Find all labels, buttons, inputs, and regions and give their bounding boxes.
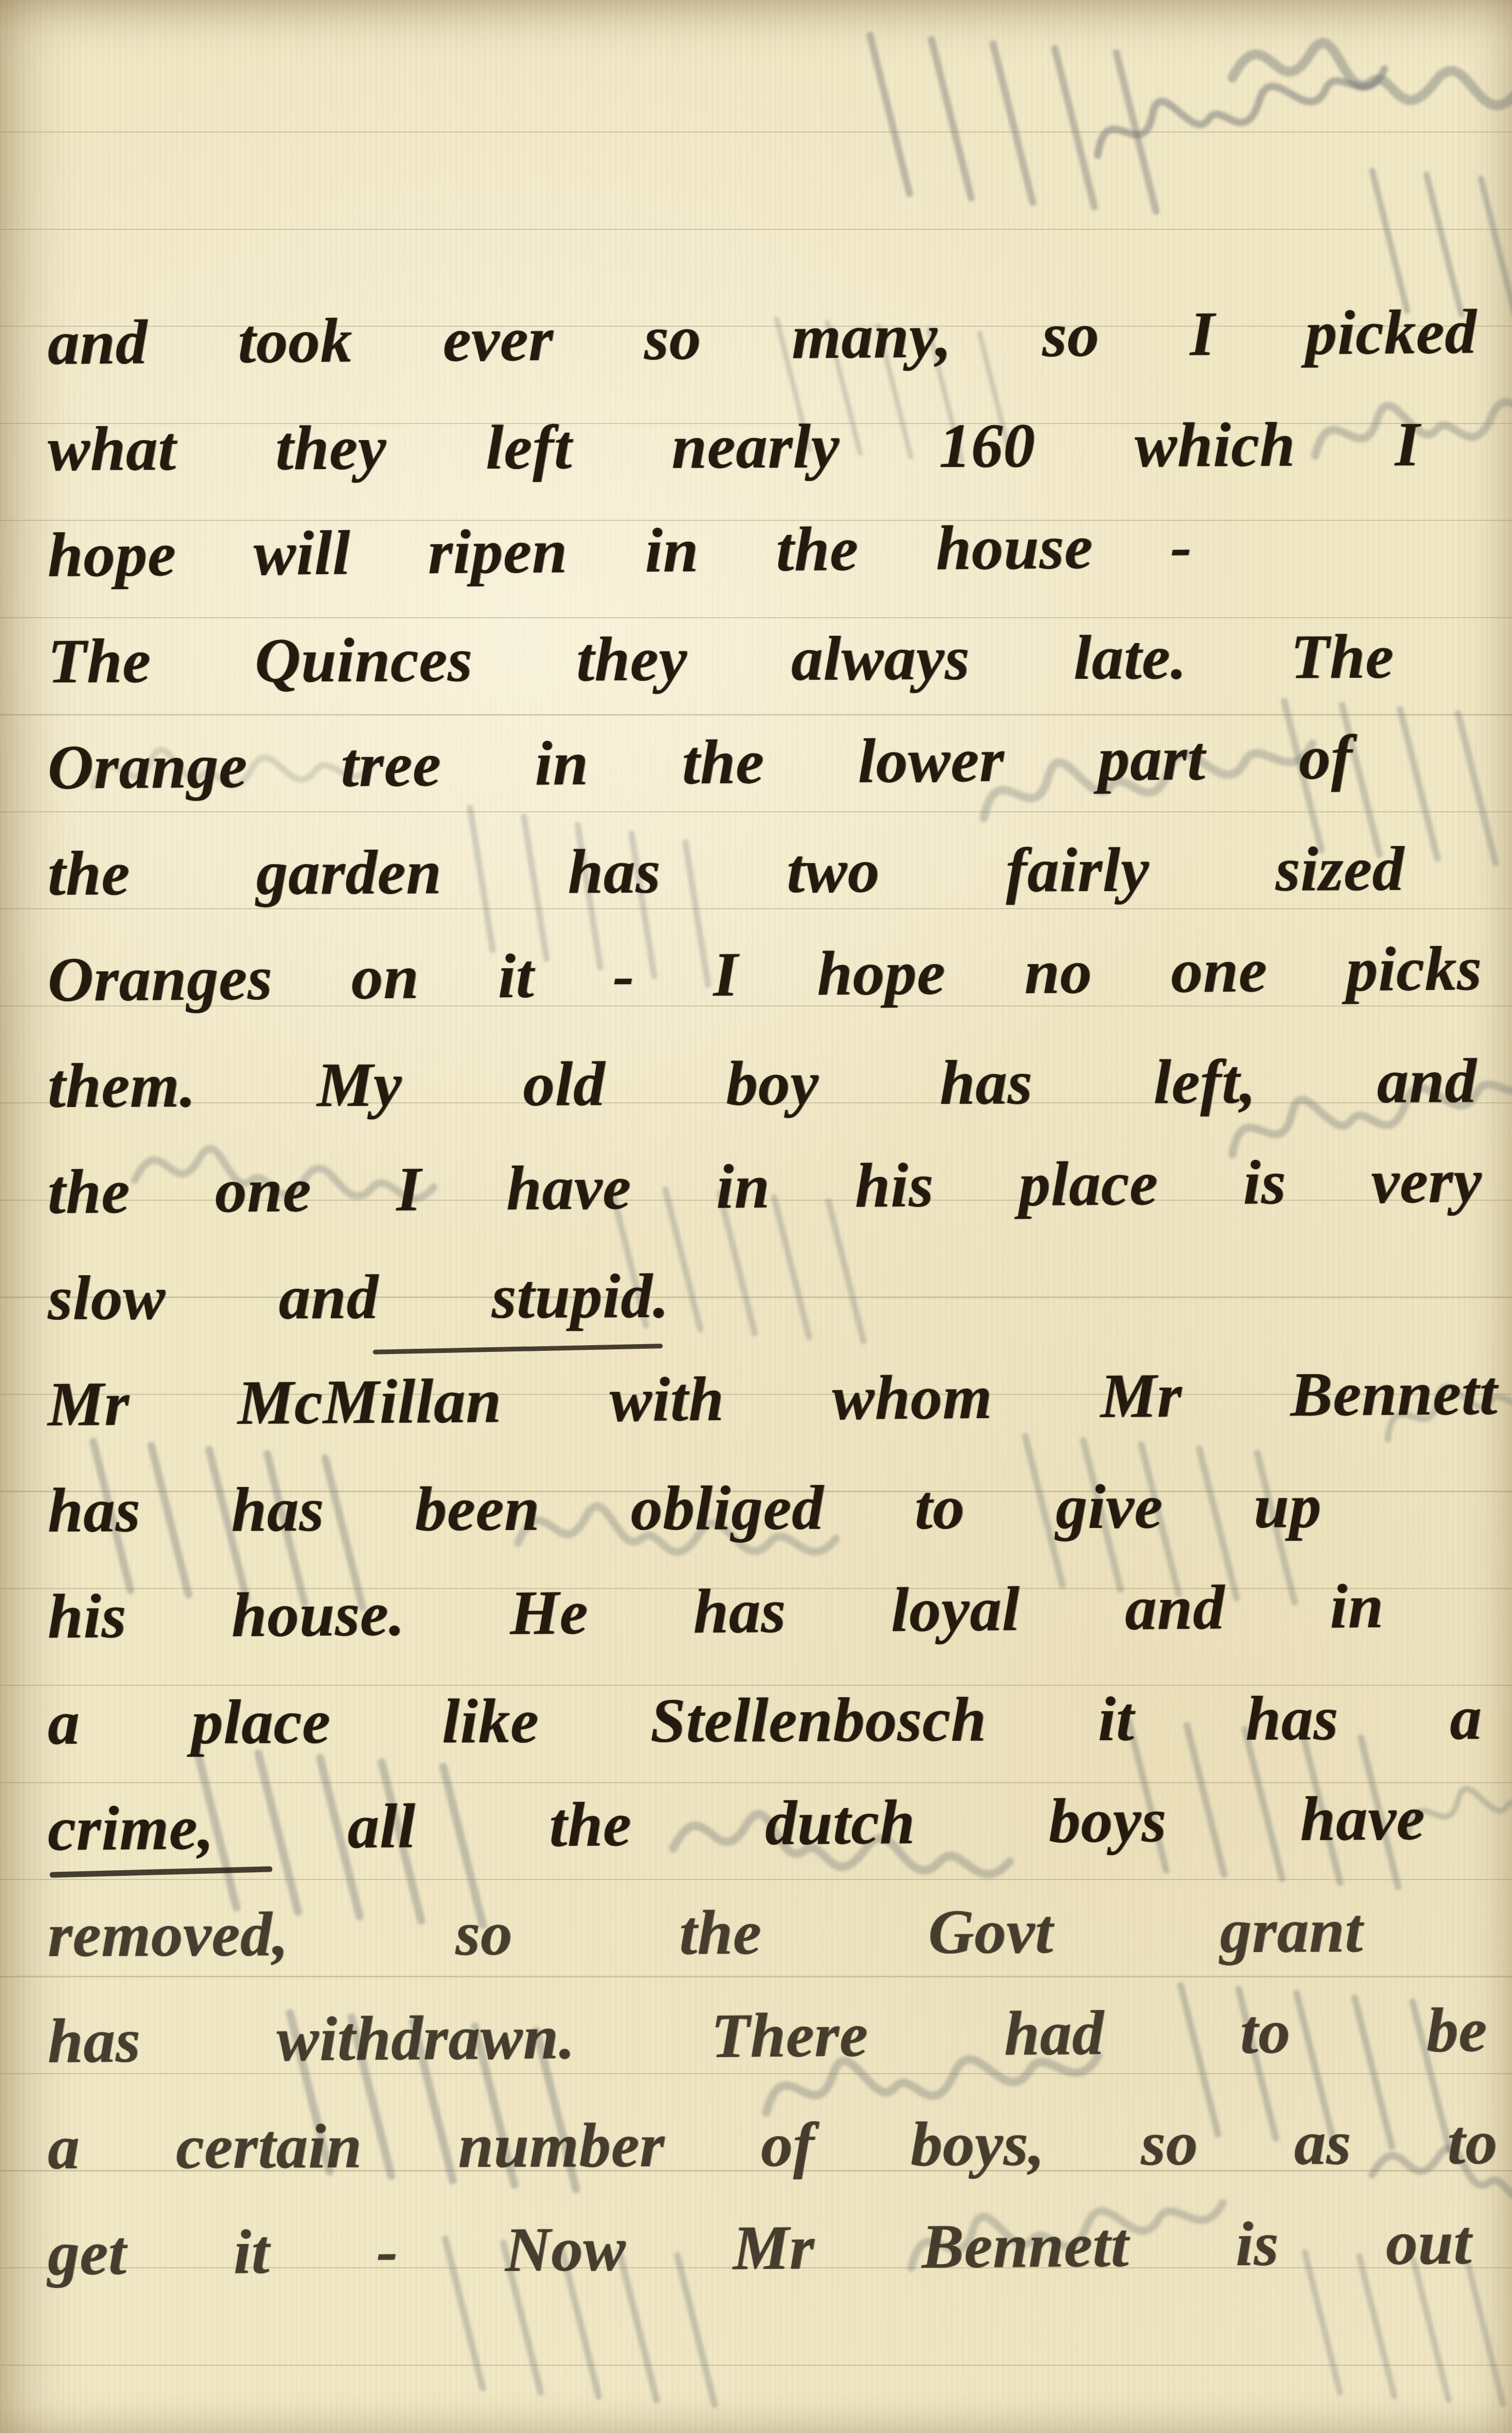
handwriting-line-4: The Quinces they always late. The [48, 604, 1394, 715]
handwriting-line-14: a place like Stellenbosch it has a [48, 1665, 1482, 1776]
handwriting-line-8: them. My old boy has left, and [48, 1028, 1477, 1139]
handwriting-line-19: get it - Now Mr Bennett is out [47, 2189, 1472, 2307]
handwriting-line-15: crime, all the dutch boys have [47, 1765, 1426, 1882]
handwriting-line-7: Oranges on it - I hope no one picks [47, 915, 1482, 1033]
handwriting-line-5: Orange tree in the lower part of [47, 704, 1353, 821]
handwriting-line-13: his house. He has loyal and in [47, 1553, 1384, 1670]
handwriting-line-3: hope will ripen in the house - [47, 493, 1193, 608]
handwriting-line-1: and took ever so many, so I picked [47, 279, 1477, 396]
handwriting-line-10: slow and stupid. [48, 1243, 670, 1351]
handwriting-line-6: the garden has two fairly sized [48, 816, 1405, 927]
handwriting-line-2: what they left nearly 160 which I [48, 391, 1420, 502]
handwriting-line-11: Mr McMillan with whom Mr Bennett [47, 1340, 1498, 1458]
letter-page: and took ever so many, so I picked what … [0, 0, 1512, 2433]
handwriting-line-16: removed, so the Govt grant [48, 1877, 1363, 1988]
handwriting-line-12: has has been obliged to give up [48, 1453, 1322, 1564]
handwriting-line-9: the one I have in his place is very [47, 1128, 1482, 1245]
handwritten-text: and took ever so many, so I picked what … [48, 290, 1498, 2307]
handwriting-line-17: has withdrawn. There had to be [47, 1977, 1488, 2094]
handwriting-line-18: a certain number of boys, so as to [48, 2089, 1498, 2201]
